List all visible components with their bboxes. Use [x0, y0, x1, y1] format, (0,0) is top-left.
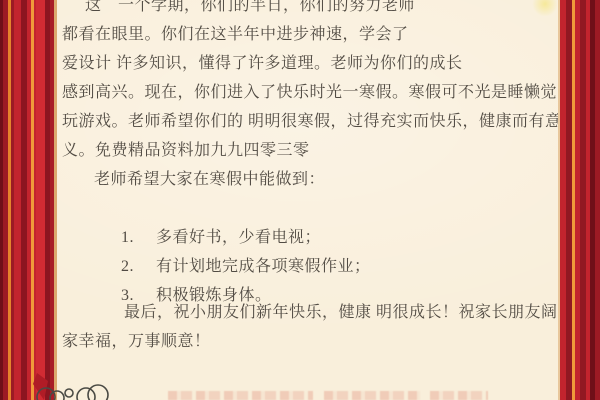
body-line: 玩游戏。老师希望你们的 明明很寒假，过得充实而快乐，健康而有意	[62, 107, 558, 136]
body-line: 爱设计 许多知识，懂得了许多道理。老师为你们的成长	[62, 49, 558, 78]
faint-footer-text-segment	[168, 391, 313, 400]
list-item-number: 1.	[121, 223, 156, 252]
list-intro-line: 老师希望大家在寒假中能做到：	[62, 165, 558, 194]
faint-footer-text-segment	[324, 391, 420, 400]
list-item-number: 2.	[121, 252, 156, 281]
letter-content: 这 一个学期，你们的半日，你们的努力老师 都看在眼里。你们在这半年中进步神速，学…	[62, 0, 558, 400]
cloud-and-flag-decoration	[30, 371, 160, 400]
body-line: 感到高兴。现在，你们进入了快乐时光一寒假。寒假可不光是睡懒觉，	[62, 78, 558, 107]
list-item-text: 有计划地完成各项寒假作业；	[156, 258, 371, 275]
red-flag-icon	[33, 373, 48, 400]
body-line: 义。免费精品资料加九九四零三零	[62, 136, 558, 165]
left-curtain-border	[0, 0, 57, 400]
faint-footer-text-segment	[430, 391, 488, 400]
closing-line: 家幸福，万事顺意！	[62, 327, 558, 356]
cloud-outline-icon	[37, 385, 108, 400]
letter-page: 这 一个学期，你们的半日，你们的努力老师 都看在眼里。你们在这半年中进步神速，学…	[0, 0, 600, 400]
right-curtain-border	[558, 0, 600, 400]
list-item: 1.多看好书，少看电视；	[62, 194, 558, 223]
list-item-text: 多看好书，少看电视；	[156, 229, 321, 246]
body-line: 都看在眼里。你们在这半年中进步神速，学会了	[62, 20, 558, 49]
closing-line: 最后，祝小朋友们新年快乐，健康 明很成长！祝家长朋友阔	[62, 298, 558, 327]
body-line: 这 一个学期，你们的半日，你们的努力老师	[62, 0, 558, 20]
